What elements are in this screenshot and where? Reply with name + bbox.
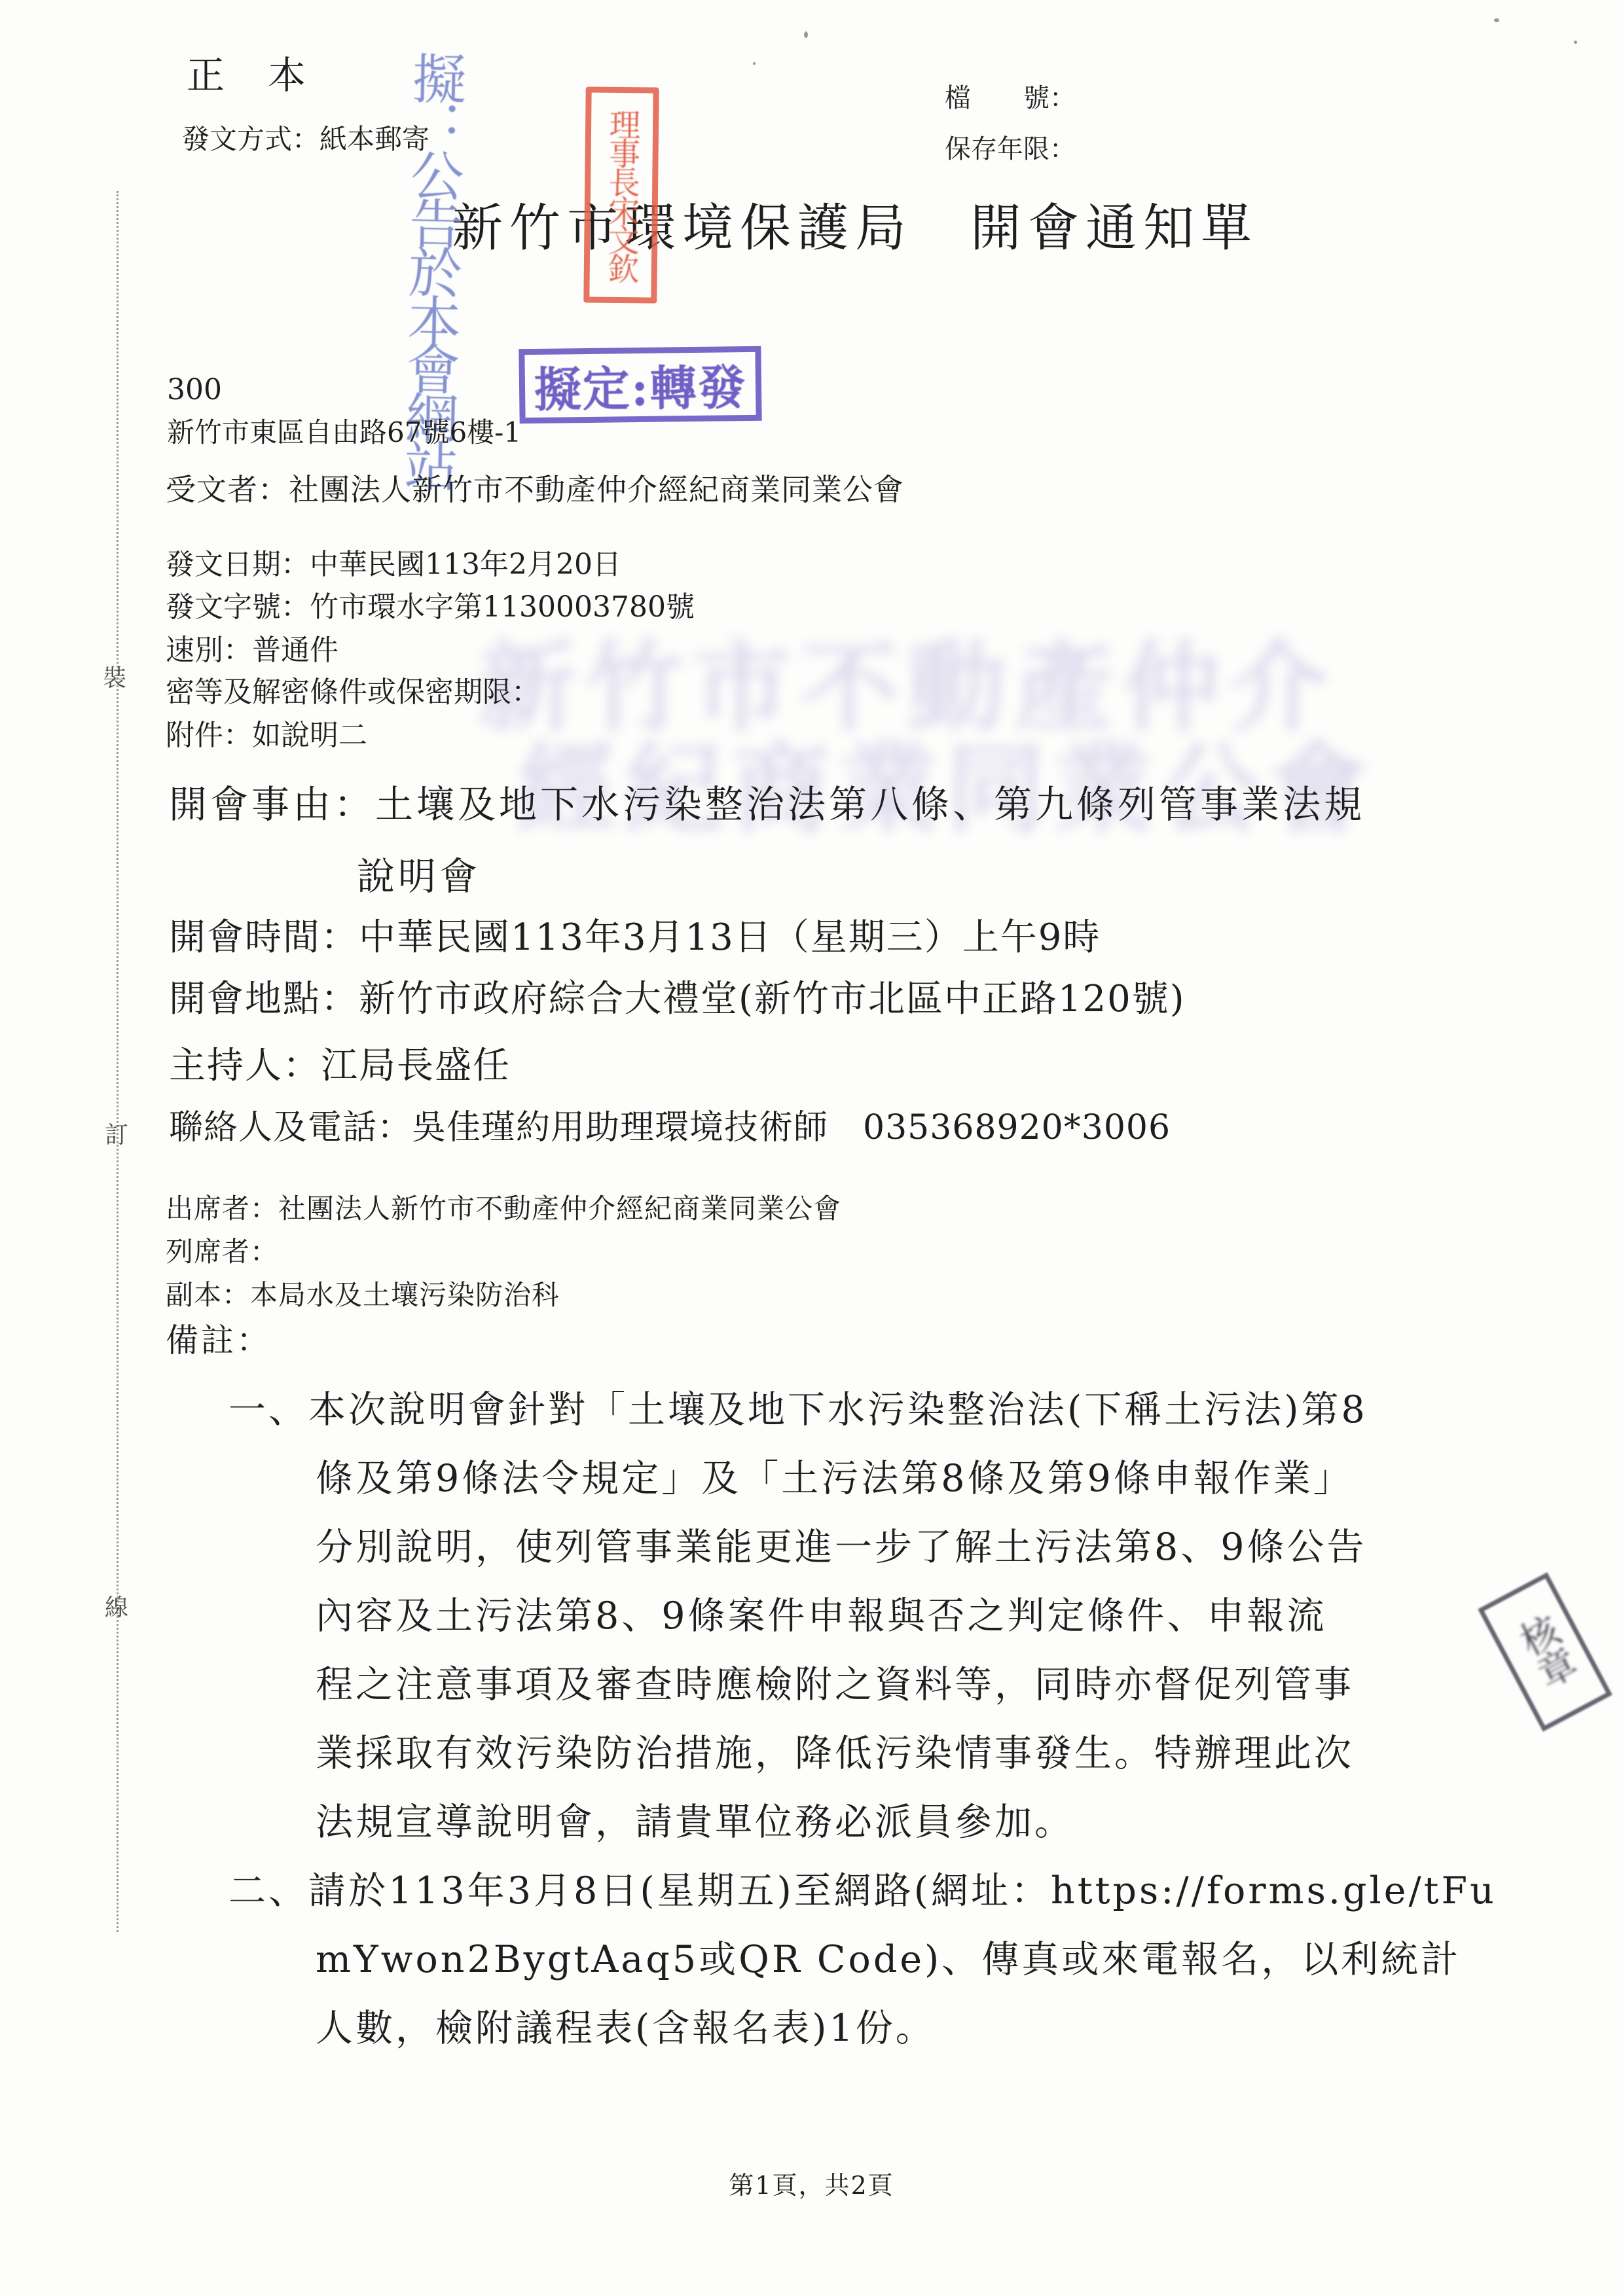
remarks-label: 備註：	[166, 1314, 272, 1361]
scan-speck	[753, 62, 756, 65]
retention-label: 保存年限：	[945, 128, 1076, 166]
remark1-line7: 法規宣導說明會，請貴單位務必派員參加。	[316, 1792, 1074, 1846]
issue-date: 發文日期：中華民國113年2月20日	[166, 541, 621, 583]
remark1-line3: 分別說明，使列管事業能更進一步了解土污法第8、9條公告	[316, 1517, 1367, 1571]
cc-line: 副本：本局水及土壤污染防治科	[166, 1274, 560, 1313]
binding-mark-zhuang: 裝	[103, 660, 126, 693]
copy-type-label: 正 本	[187, 45, 308, 99]
recipient-line: 受文者：社團法人新竹市不動產仲介經紀商業同業公會	[166, 466, 904, 509]
remark2-line1: 二、請於113年3月8日(星期五)至網路(網址：https://forms.gl…	[228, 1861, 1497, 1914]
red-seal-text: 理事長宋文欽	[605, 109, 638, 281]
scan-speck	[804, 31, 808, 38]
security-classification: 密等及解密條件或保密期限：	[166, 668, 540, 710]
page-footer: 第1頁，共2頁	[0, 2165, 1623, 2201]
approval-stamp: 擬定:轉發	[519, 346, 761, 424]
binding-mark-ding: 訂	[105, 1117, 128, 1150]
scan-speck	[1574, 41, 1577, 44]
meeting-subject-line1: 開會事由：土壤及地下水污染整治法第八條、第九條列管事業法規	[169, 774, 1365, 829]
approval-stamp-text: 擬定:轉發	[534, 350, 747, 420]
scan-speck	[1494, 18, 1499, 22]
binding-mark-xian: 線	[105, 1589, 128, 1623]
remark1-line4: 內容及土污法第8、9條案件申報與否之判定條件、申報流	[316, 1586, 1327, 1640]
delivery-method: 發文方式：紙本郵寄	[182, 118, 429, 157]
remark1-line1: 一、本次說明會針對「土壤及地下水污染整治法(下稱土污法)第8	[228, 1380, 1368, 1433]
meeting-place: 開會地點：新竹市政府綜合大禮堂(新竹市北區中正路120號)	[169, 970, 1186, 1022]
attachment-note: 附件：如說明二	[166, 711, 367, 753]
file-number-label: 檔 號：	[945, 77, 1076, 115]
remark2-line2: mYwon2BygtAaq5或QR Code)、傳真或來電報名，以利統計	[316, 1929, 1461, 1983]
side-seal-text: 核章	[1504, 1607, 1587, 1697]
binding-dotted-line	[117, 191, 119, 1932]
red-seal: 理事長宋文欽	[583, 86, 659, 303]
remark2-line3: 人數，檢附議程表(含報名表)1份。	[316, 1998, 936, 2052]
remark1-line2: 條及第9條法令規定」及「土污法第8條及第9條申報作業」	[316, 1448, 1353, 1502]
document-title: 新竹市環境保護局 開會通知單	[452, 187, 1258, 260]
observer-line: 列席者：	[166, 1230, 278, 1270]
meeting-time: 開會時間：中華民國113年3月13日（星期三）上午9時	[169, 908, 1101, 961]
side-seal: 核章	[1478, 1572, 1612, 1732]
priority-level: 速別：普通件	[166, 626, 338, 668]
scanned-meeting-notice: 裝 訂 線 正 本 發文方式：紙本郵寄 檔 號： 保存年限： 新竹市環境保護局 …	[0, 0, 1623, 2296]
contact-info: 聯絡人及電話：吳佳瑾約用助理環境技術師 035368920*3006	[169, 1100, 1171, 1149]
sender-address: 新竹市東區自由路67號6樓-1	[167, 411, 521, 450]
meeting-subject-line2: 說明會	[357, 846, 481, 901]
meeting-chairperson: 主持人：江局長盛任	[169, 1037, 511, 1089]
attendee-line: 出席者：社團法人新竹市不動產仲介經紀商業同業公會	[166, 1187, 841, 1227]
doc-number: 發文字號：竹市環水字第1130003780號	[166, 583, 695, 625]
postal-code: 300	[167, 373, 222, 406]
remark1-line6: 業採取有效污染防治措施，降低污染情事發生。特辦理此次	[316, 1723, 1354, 1777]
remark1-line5: 程之注意事項及審查時應檢附之資料等，同時亦督促列管事	[316, 1655, 1354, 1708]
